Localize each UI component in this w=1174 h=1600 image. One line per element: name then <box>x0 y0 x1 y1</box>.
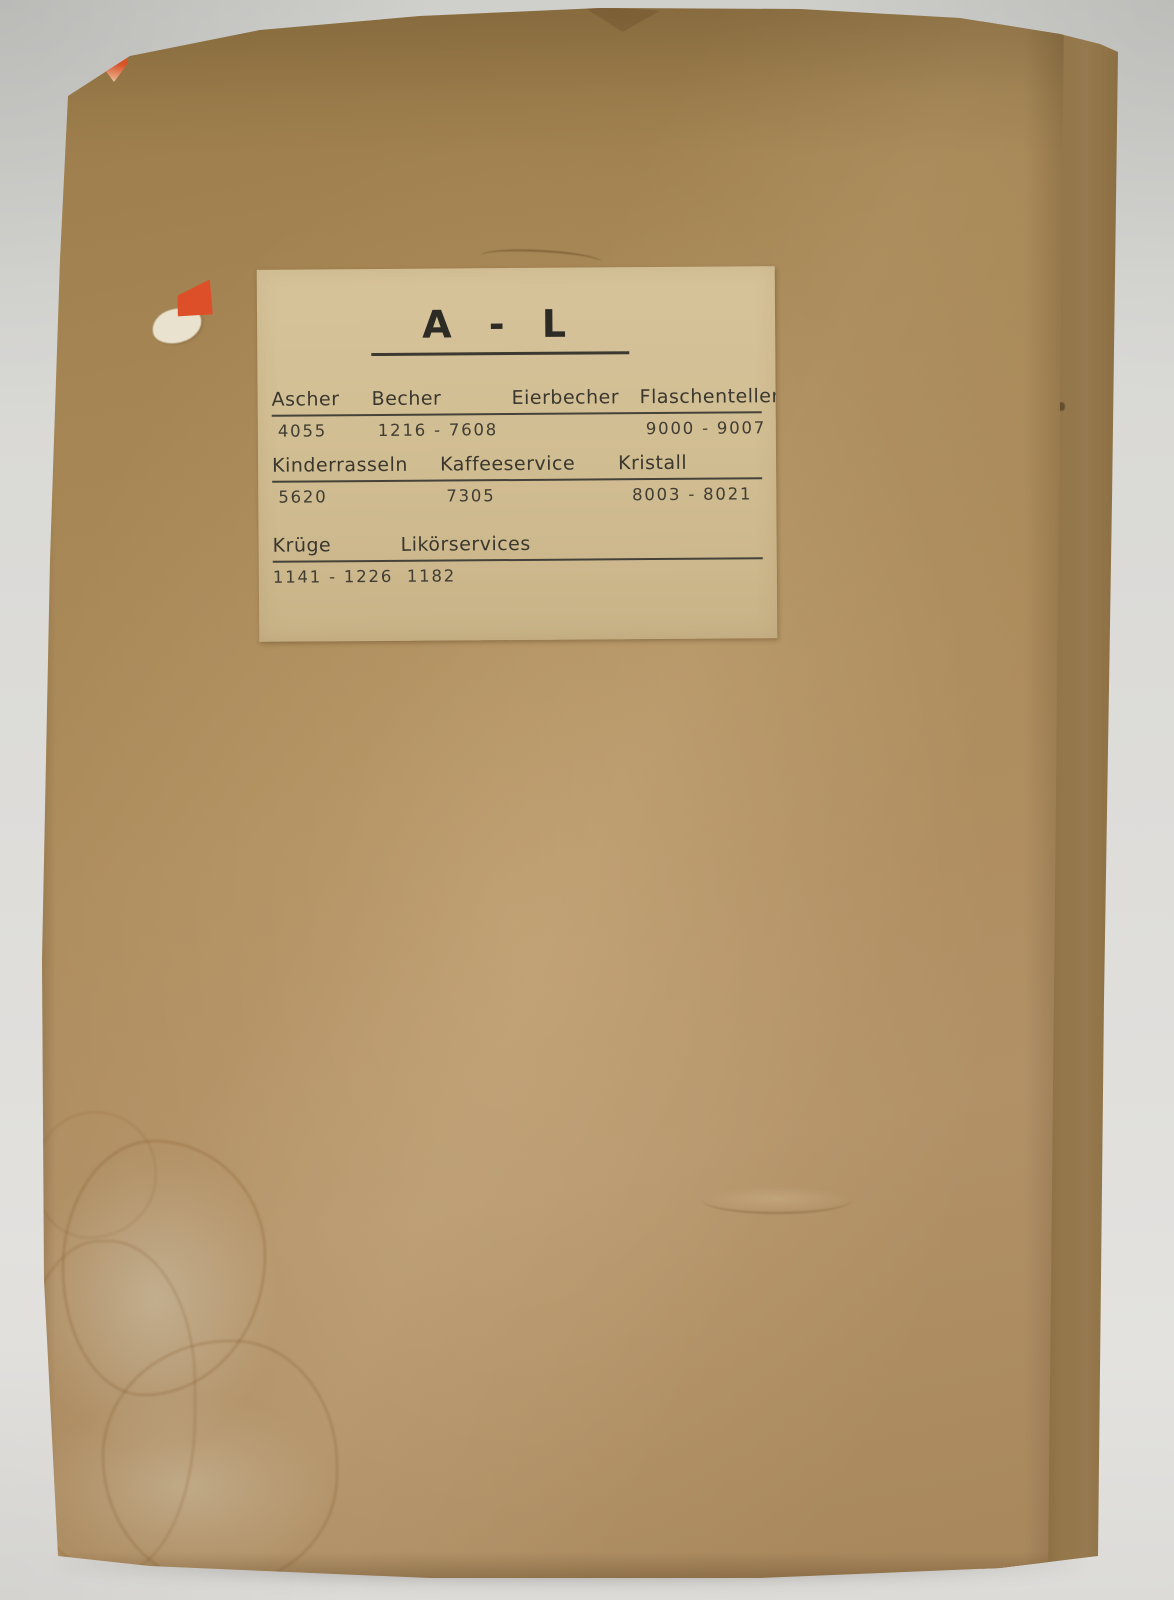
water-stain <box>28 1106 358 1586</box>
sticker-remnant-top <box>100 40 128 82</box>
archive-folder: A - L Ascher Becher Eierbecher Flaschent… <box>42 6 1122 1578</box>
category-name-row: Kinderrasseln Kaffeeservice Kristall <box>272 449 762 482</box>
category-name: Likörservices <box>401 529 763 558</box>
model-number-row: 4055 1216 - 7608 9000 - 9007 <box>272 413 762 442</box>
category-name-row: Krüge Likörservices <box>273 529 763 562</box>
label-section-3: Krüge Likörservices 1141 - 1226 1182 <box>273 529 763 588</box>
model-number: 9000 - 9007 <box>640 417 770 440</box>
label-title: A - L <box>371 301 629 356</box>
stain-tide-line <box>102 1340 338 1586</box>
scuff-mark <box>702 1186 852 1214</box>
category-name: Eierbecher <box>512 384 640 411</box>
model-number-row: 1141 - 1226 1182 <box>273 559 763 588</box>
category-name: Flaschenteller <box>640 383 778 410</box>
model-number: 4055 <box>272 420 372 443</box>
category-name: Krüge <box>273 532 401 559</box>
model-number: 8003 - 8021 <box>618 483 762 506</box>
category-name: Kristall <box>618 449 762 476</box>
stain-speck <box>32 1524 43 1541</box>
sticker-remnant-middle <box>144 278 230 354</box>
model-number: 7305 <box>440 484 618 507</box>
category-name: Kinderrasseln <box>272 452 440 479</box>
model-number: 5620 <box>272 486 440 509</box>
model-number: 1141 - 1226 <box>273 566 401 589</box>
category-name: Ascher <box>272 386 372 413</box>
model-number <box>512 418 640 441</box>
category-name: Becher <box>372 385 512 412</box>
label-section-2: Kinderrasseln Kaffeeservice Kristall 562… <box>272 449 762 508</box>
folder-cover: A - L Ascher Becher Eierbecher Flaschent… <box>42 6 1064 1578</box>
fold-notch <box>582 6 660 32</box>
label-section-1: Ascher Becher Eierbecher Flaschenteller … <box>272 383 762 442</box>
model-number-row: 5620 7305 8003 - 8021 <box>272 479 762 508</box>
paper-label: A - L Ascher Becher Eierbecher Flaschent… <box>257 266 778 642</box>
category-name-row: Ascher Becher Eierbecher Flaschenteller <box>272 383 762 416</box>
category-name: Kaffeeservice <box>440 450 618 477</box>
model-number: 1216 - 7608 <box>372 419 512 442</box>
model-number: 1182 <box>401 563 763 588</box>
